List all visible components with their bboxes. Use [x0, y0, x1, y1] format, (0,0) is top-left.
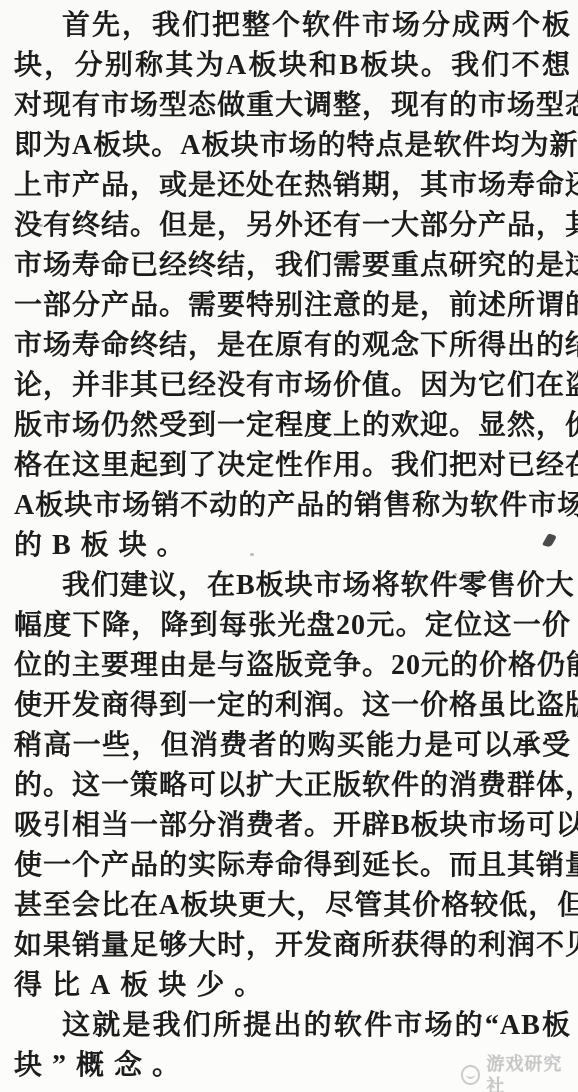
text-line: 使开发商得到一定的利润。这一价格虽比盗版 [14, 686, 571, 726]
text-line: 甚至会比在A板块更大，尽管其价格较低，但 [14, 886, 571, 926]
text-line: 这就是我们所提出的软件市场的“AB板 [14, 1006, 571, 1046]
article-text: 首先，我们把整个软件市场分成两个板块，分别称其为A板块和B板块。我们不想对现有市… [14, 6, 571, 1086]
text-line: 上市产品，或是还处在热销期，其市场寿命还 [14, 166, 571, 206]
scan-noise-speck [440, 781, 444, 785]
text-line: 即为A板块。A板块市场的特点是软件均为新 [14, 126, 571, 166]
text-line: 没有终结。但是，另外还有一大部分产品，其 [14, 206, 571, 246]
scan-noise-speck [39, 224, 43, 227]
text-line: 我们建议，在B板块市场将软件零售价大 [14, 566, 571, 606]
game-research-society-logo-icon [461, 1065, 480, 1085]
text-line: 使一个产品的实际寿命得到延长。而且其销量 [14, 846, 571, 886]
text-line: 版市场仍然受到一定程度上的欢迎。显然，价 [14, 406, 571, 446]
scan-noise-speck [454, 573, 457, 576]
text-line: 的。这一策略可以扩大正版软件的消费群体， [14, 766, 571, 806]
text-line: 位的主要理由是与盗版竞争。20元的价格仍能 [14, 646, 571, 686]
watermark-label: 游戏研究社 [486, 1053, 578, 1092]
scan-noise-speck [250, 553, 254, 556]
text-line: 吸引相当一部分消费者。开辟B板块市场可以 [14, 806, 571, 846]
text-line: 市场寿命终结，是在原有的观念下所得出的结 [14, 326, 571, 366]
watermark: 游戏研究社 [461, 1053, 578, 1092]
text-line: 格在这里起到了决定性作用。我们把对已经在 [14, 446, 571, 486]
text-line: 首先，我们把整个软件市场分成两个板 [14, 6, 571, 46]
text-line: 块，分别称其为A板块和B板块。我们不想 [14, 46, 571, 86]
text-line: 得比A板块少。 [14, 966, 571, 1006]
text-line: 一部分产品。需要特别注意的是，前述所谓的 [14, 286, 571, 326]
text-line: 幅度下降，降到每张光盘20元。定位这一价 [14, 606, 571, 646]
text-line: 论，并非其已经没有市场价值。因为它们在盗 [14, 366, 571, 406]
text-line: A板块市场销不动的产品的销售称为软件市场 [14, 486, 571, 526]
text-line: 市场寿命已经终结，我们需要重点研究的是这 [14, 246, 571, 286]
scanned-page: 首先，我们把整个软件市场分成两个板块，分别称其为A板块和B板块。我们不想对现有市… [0, 0, 578, 1092]
text-line: 稍高一些，但消费者的购买能力是可以承受 [14, 726, 571, 766]
text-line: 的B板块。 [14, 526, 571, 566]
text-line: 如果销量足够大时，开发商所获得的利润不见 [14, 926, 571, 966]
text-line: 对现有市场型态做重大调整，现有的市场型态 [14, 86, 571, 126]
